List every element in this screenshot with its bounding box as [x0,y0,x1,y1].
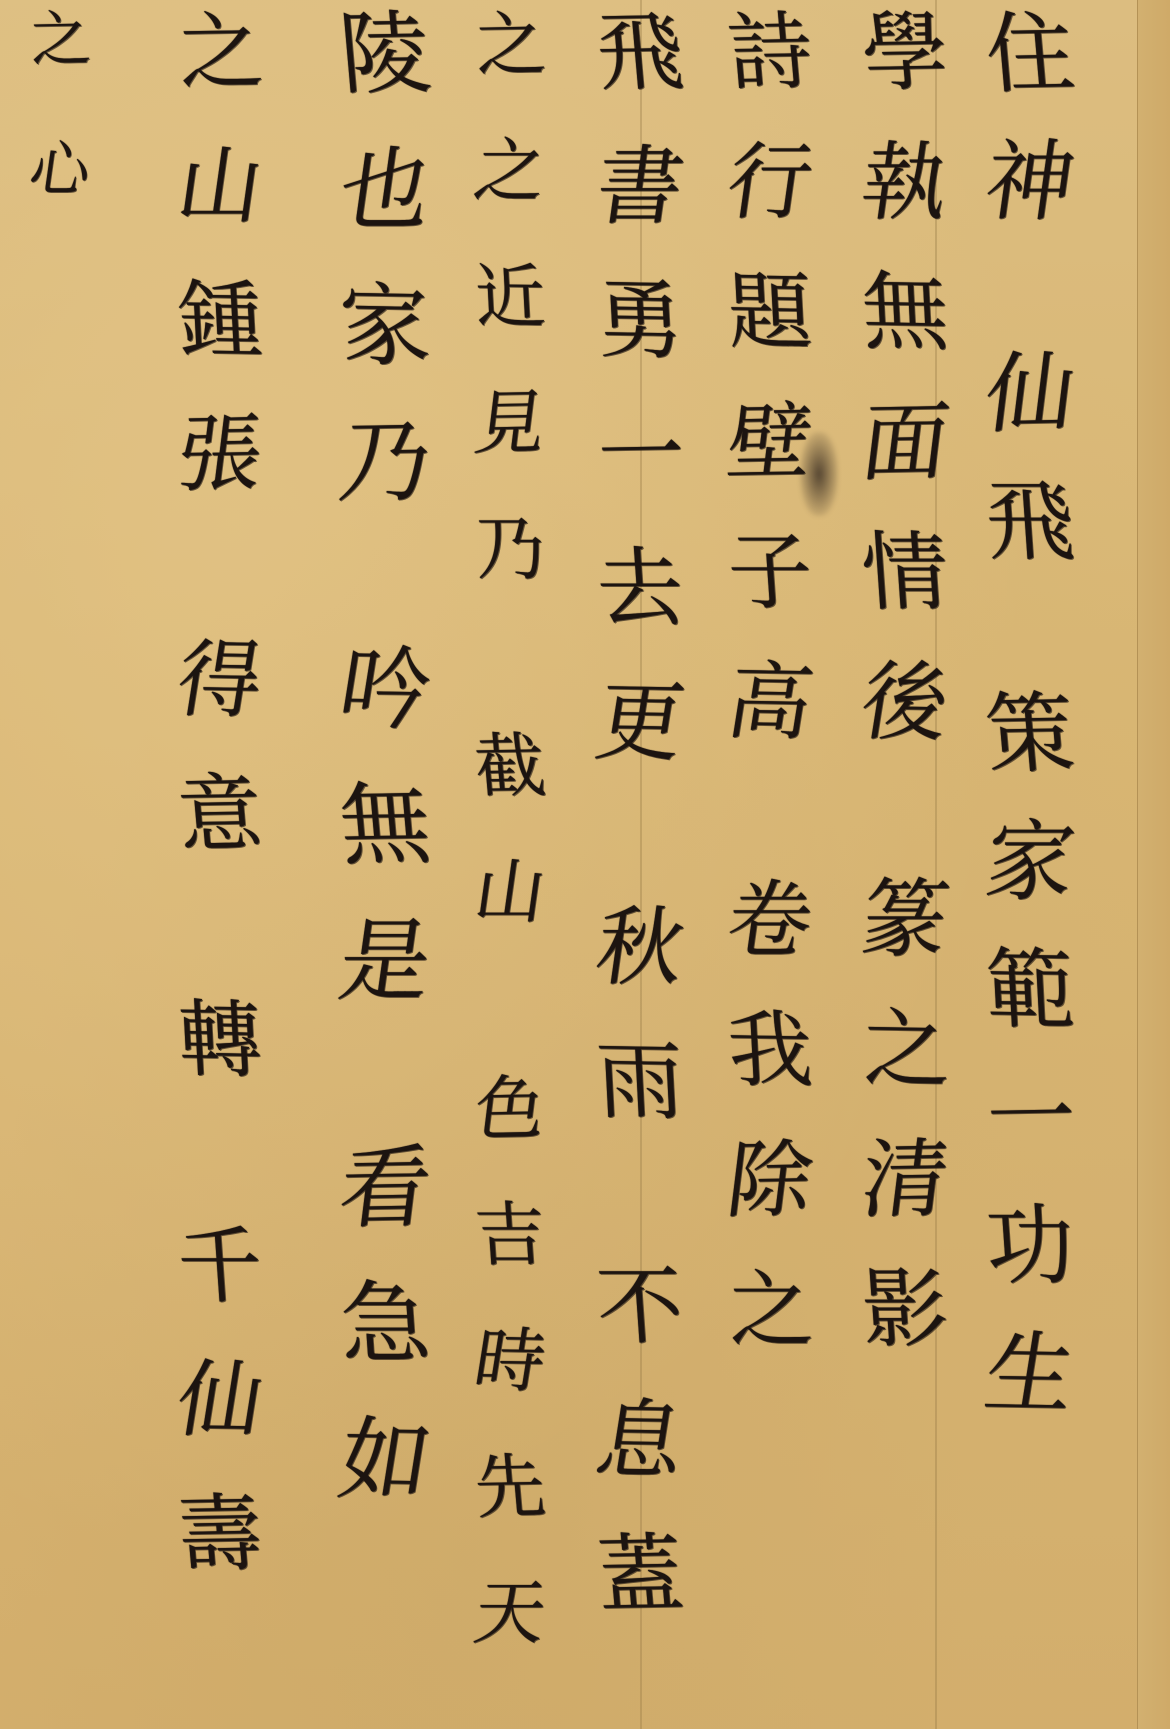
calligraphy-character: 除 [723,1137,818,1222]
calligraphy-character: 更 [590,679,689,766]
calligraphy-character: 之 [174,9,265,94]
calligraphy-character: 策 [982,689,1078,779]
calligraphy-character: 執 [856,140,954,226]
calligraphy-character: 乃 [473,514,548,584]
calligraphy-character: 是 [334,917,437,1007]
calligraphy-character: 情 [859,530,951,616]
calligraphy-character: 急 [337,1280,433,1370]
calligraphy-character: 張 [173,411,268,496]
calligraphy-character: 鍾 [176,277,265,362]
calligraphy-character [217,1132,222,1174]
calligraphy-column: 之山鍾張得意轉千仙壽 [178,10,262,1626]
calligraphy-character: 一 [980,1073,1079,1163]
calligraphy-character: 得 [171,637,268,722]
calligraphy-character: 時 [470,1325,551,1396]
calligraphy-character: 之 [470,136,550,206]
calligraphy-character: 範 [984,945,1077,1035]
calligraphy-column: 之心 [30,10,90,270]
calligraphy-character [637,1173,642,1216]
calligraphy-character: 乃 [334,417,435,509]
calligraphy-character: 意 [174,771,265,856]
calligraphy-character: 心 [26,140,94,200]
calligraphy-character [1029,266,1031,310]
calligraphy-character: 去 [594,546,686,632]
calligraphy-character: 不 [594,1264,686,1350]
calligraphy-character: 吟 [333,644,437,736]
calligraphy-character [1027,606,1034,650]
calligraphy-character: 息 [590,1397,689,1484]
calligraphy-character [384,1053,386,1098]
calligraphy-character: 高 [721,659,818,744]
calligraphy-character: 飛 [593,9,686,96]
calligraphy-character: 卷 [722,878,818,962]
calligraphy-scroll: 住神仙飛策家範一功生學執無面情後篆之清影詩行題壁子高卷我除之飛書勇一去更秋雨不息… [0,0,1170,1729]
calligraphy-character: 之 [27,9,92,70]
calligraphy-character [768,790,772,832]
calligraphy-character [507,640,513,675]
calligraphy-column: 住神仙飛策家範一功生 [986,10,1074,1458]
calligraphy-character: 神 [980,138,1080,226]
calligraphy-character: 先 [472,1451,548,1522]
calligraphy-character [219,546,222,588]
calligraphy-character: 學 [858,9,951,96]
calligraphy-character: 住 [982,9,1078,99]
calligraphy-character: 秋 [591,905,689,991]
calligraphy-column: 之之近見乃截山色吉時先天 [475,10,545,1704]
calligraphy-column: 飛書勇一去更秋雨不息蓋 [597,10,683,1666]
calligraphy-character [903,790,907,833]
calligraphy-character: 篆 [856,877,954,963]
calligraphy-character: 生 [979,1329,1081,1419]
calligraphy-character: 後 [855,659,954,746]
calligraphy-character [217,906,223,948]
calligraphy-character: 也 [334,146,437,236]
calligraphy-character: 壽 [174,1491,265,1576]
calligraphy-character [383,554,386,599]
calligraphy-character: 之 [860,1006,951,1093]
calligraphy-character: 家 [980,818,1080,906]
calligraphy-character: 影 [859,1267,951,1353]
calligraphy-character: 面 [857,399,954,486]
calligraphy-character: 之 [725,1268,815,1352]
calligraphy-column: 詩行題壁子高卷我除之 [728,10,812,1398]
calligraphy-character: 題 [726,269,815,354]
calligraphy-character: 色 [471,1073,550,1144]
calligraphy-character: 子 [725,530,815,614]
scroll-edge [1137,0,1170,1729]
calligraphy-character: 仙 [980,349,1079,439]
calligraphy-character: 仙 [171,1357,268,1442]
calligraphy-character: 之 [472,9,548,80]
calligraphy-character [509,983,511,1018]
calligraphy-character: 書 [591,144,689,230]
calligraphy-character: 陵 [336,9,434,101]
calligraphy-character: 詩 [724,9,815,94]
calligraphy-character: 無 [860,269,951,356]
calligraphy-character: 壁 [723,399,818,484]
calligraphy-character: 看 [334,1143,435,1235]
calligraphy-character: 飛 [983,478,1077,566]
calligraphy-character: 我 [726,1007,815,1092]
calligraphy-character: 千 [175,1224,265,1308]
calligraphy-character: 行 [722,140,818,224]
calligraphy-column: 學執無面情後篆之清影 [862,10,948,1397]
calligraphy-column: 陵也家乃吟無是看急如 [340,10,430,1552]
calligraphy-character: 一 [592,411,689,498]
calligraphy-character: 天 [470,1578,550,1648]
calligraphy-character: 無 [336,780,434,872]
calligraphy-character: 功 [983,1202,1077,1290]
calligraphy-character [638,814,642,857]
calligraphy-character: 截 [472,730,548,801]
calligraphy-character: 蓋 [593,1531,686,1618]
calligraphy-character: 山 [470,857,550,927]
calligraphy-character: 勇 [595,277,686,364]
calligraphy-character: 家 [338,281,433,373]
calligraphy-character: 近 [473,261,547,332]
calligraphy-character: 如 [333,1415,437,1507]
calligraphy-character: 山 [172,144,268,228]
calligraphy-character: 清 [857,1136,954,1223]
calligraphy-character: 轉 [176,997,265,1082]
calligraphy-character: 見 [471,387,550,458]
calligraphy-character: 吉 [473,1200,548,1270]
calligraphy-character: 雨 [595,1038,686,1125]
